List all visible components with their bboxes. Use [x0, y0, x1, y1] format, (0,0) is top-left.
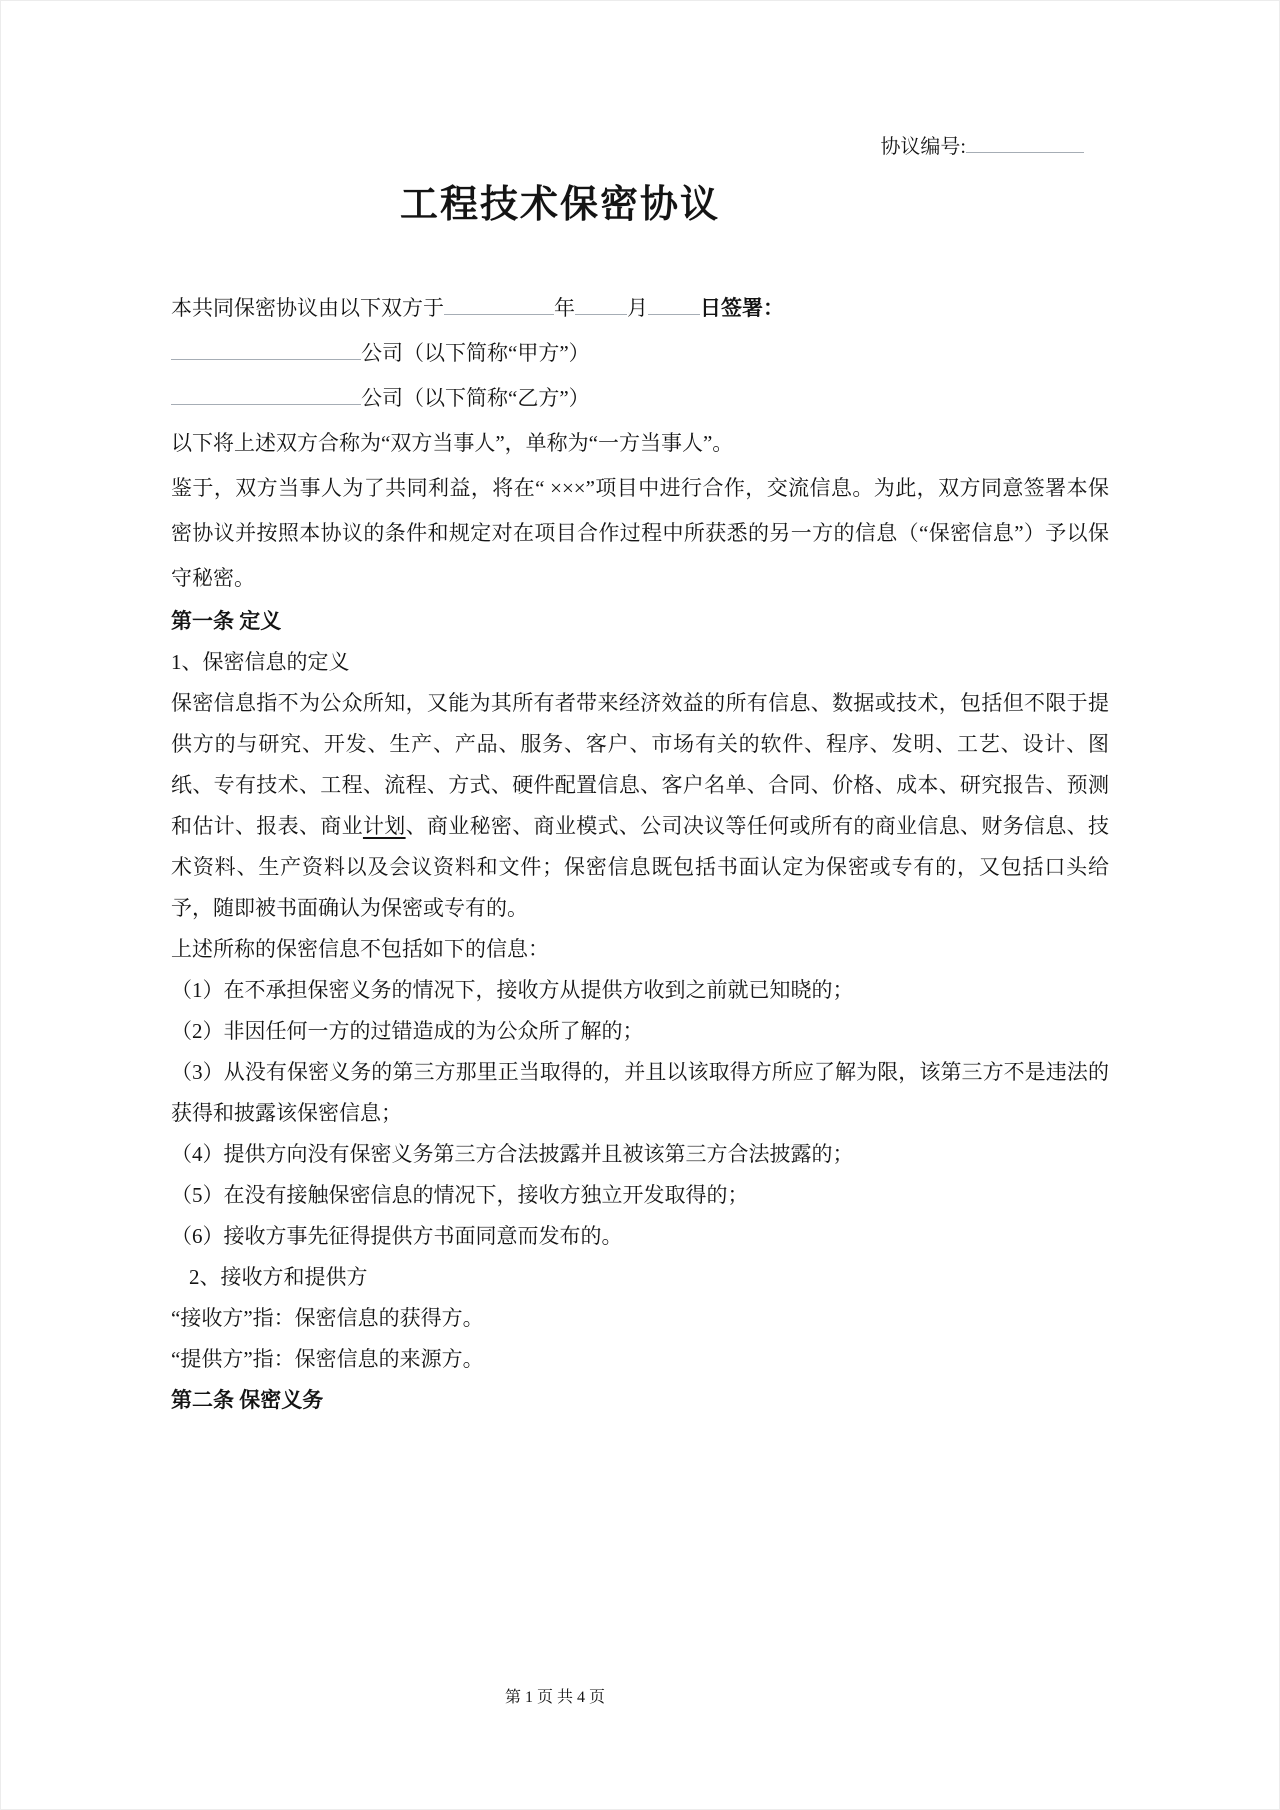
article-1-item-2-title: 2、接收方和提供方: [171, 1257, 1109, 1298]
document-page: 协议编号: 工程技术保密协议 本共同保密协议由以下双方于年月日签署： 公司（以下…: [0, 0, 1280, 1810]
page-number-footer: 第 1 页 共 4 页: [0, 1684, 1194, 1707]
exclusion-item-3: （3）从没有保密义务的第三方那里正当取得的，并且以该取得方所应了解为限，该第三方…: [171, 1052, 1109, 1134]
provider-definition: “提供方”指：保密信息的来源方。: [171, 1339, 1109, 1380]
intro-section: 本共同保密协议由以下双方于年月日签署： 公司（以下简称“甲方”） 公司（以下简称…: [171, 286, 1109, 601]
collective-name-line: 以下将上述双方合称为“双方当事人”，单称为“一方当事人”。: [171, 421, 1109, 466]
exclusion-item-4: （4）提供方向没有保密义务第三方合法披露并且被该第三方合法披露的；: [171, 1134, 1109, 1175]
party-a-line: 公司（以下简称“甲方”）: [171, 331, 1109, 376]
party-a-name-blank: [171, 337, 361, 360]
signing-date-prefix: 本共同保密协议由以下双方于: [171, 296, 444, 320]
day-blank: [648, 292, 700, 315]
article-1-item-1-title: 1、保密信息的定义: [171, 642, 1109, 683]
page-title: 工程技术保密协议: [91, 173, 1029, 228]
article-2-heading: 第二条 保密义务: [171, 1380, 1109, 1421]
signing-date-suffix: 日签署：: [700, 296, 784, 320]
year-blank: [444, 292, 554, 315]
year-label: 年: [554, 296, 575, 320]
signing-date-line: 本共同保密协议由以下双方于年月日签署：: [171, 286, 1109, 331]
doc-number-blank: [966, 131, 1084, 153]
definition-underlined-word: 计划: [363, 814, 406, 838]
party-b-label: 公司（以下简称“乙方”）: [361, 386, 590, 410]
month-label: 月: [627, 296, 648, 320]
article-1-heading: 第一条 定义: [171, 601, 1109, 642]
article-1-section: 第一条 定义 1、保密信息的定义 保密信息指不为公众所知，又能为其所有者带来经济…: [171, 601, 1109, 1380]
exclusions-intro: 上述所称的保密信息不包括如下的信息：: [171, 929, 1109, 970]
receiver-definition: “接收方”指：保密信息的获得方。: [171, 1298, 1109, 1339]
exclusion-item-5: （5）在没有接触保密信息的情况下，接收方独立开发取得的；: [171, 1175, 1109, 1216]
whereas-paragraph: 鉴于，双方当事人为了共同利益，将在“ ×××”项目中进行合作，交流信息。为此，双…: [171, 466, 1109, 601]
party-a-label: 公司（以下简称“甲方”）: [361, 341, 590, 365]
doc-number-label: 协议编号:: [880, 136, 966, 158]
confidential-info-definition: 保密信息指不为公众所知，又能为其所有者带来经济效益的所有信息、数据或技术，包括但…: [171, 683, 1109, 929]
doc-number-line: 协议编号:: [171, 1, 1109, 161]
exclusion-item-2: （2）非因任何一方的过错造成的为公众所了解的；: [171, 1011, 1109, 1052]
month-blank: [575, 292, 627, 315]
article-2-section: 第二条 保密义务: [171, 1380, 1109, 1421]
party-b-line: 公司（以下简称“乙方”）: [171, 376, 1109, 421]
exclusion-item-6: （6）接收方事先征得提供方书面同意而发布的。: [171, 1216, 1109, 1257]
exclusion-item-1: （1）在不承担保密义务的情况下，接收方从提供方收到之前就已知晓的；: [171, 970, 1109, 1011]
party-b-name-blank: [171, 382, 361, 405]
